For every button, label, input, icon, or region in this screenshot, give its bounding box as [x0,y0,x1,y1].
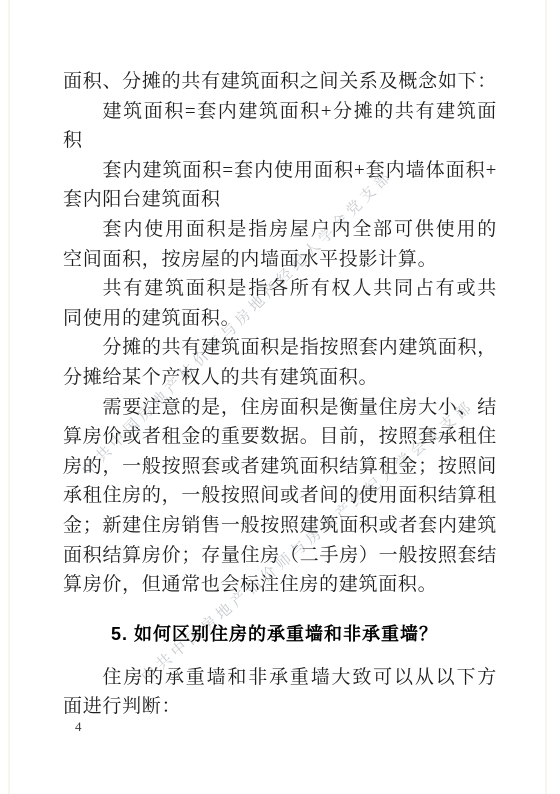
body-text-line: 空间面积，按房屋的内墙面水平投影计算。 [63,245,497,275]
scan-edge-right [545,0,547,794]
body-text-line: 金；新建住房销售一般按照建筑面积或者套内建筑 [63,511,497,541]
page-body: 面积、分摊的共有建筑面积之间关系及概念如下： 建筑面积=套内建筑面积+分摊的共有… [63,67,497,722]
document-page: 中共中国房地产估价师与房地产经纪人学会党支部 中共中国房地产估价师与房地产经纪人… [0,0,560,794]
body-text-line: 同使用的建筑面积。 [63,304,497,334]
body-text-line: 积 [63,126,497,156]
body-text-line: 面进行判断： [63,692,497,722]
body-text-line: 套内使用面积是指房屋户内全部可供使用的 [63,215,497,245]
body-text-line: 分摊给某个产权人的共有建筑面积。 [63,363,497,393]
body-text-line: 房的，一般按照套或者建筑面积结算租金；按照间 [63,452,497,482]
body-text-line: 住房的承重墙和非承重墙大致可以从以下方 [63,663,497,693]
body-text-line: 建筑面积=套内建筑面积+分摊的共有建筑面 [63,97,497,127]
body-text-line: 算房价或者租金的重要数据。目前，按照套承租住 [63,422,497,452]
body-text-line: 套内建筑面积=套内使用面积+套内墙体面积+ [63,156,497,186]
body-text-line: 分摊的共有建筑面积是指按照套内建筑面积， [63,333,497,363]
section-heading: 5. 如何区别住房的承重墙和非承重墙？ [63,621,497,647]
body-text-line: 需要注意的是，住房面积是衡量住房大小、结 [63,393,497,423]
body-text-line: 共有建筑面积是指各所有权人共同占有或共 [63,274,497,304]
scan-edge-left [8,0,10,794]
body-text-line: 承租住房的，一般按照间或者间的使用面积结算租 [63,481,497,511]
body-text-line: 面积结算房价；存量住房（二手房）一般按照套结 [63,541,497,571]
body-text-line: 面积、分摊的共有建筑面积之间关系及概念如下： [63,67,497,97]
page-number: 4 [75,719,82,735]
body-text-line: 算房价，但通常也会标注住房的建筑面积。 [63,570,497,600]
body-text-line: 套内阳台建筑面积 [63,185,497,215]
